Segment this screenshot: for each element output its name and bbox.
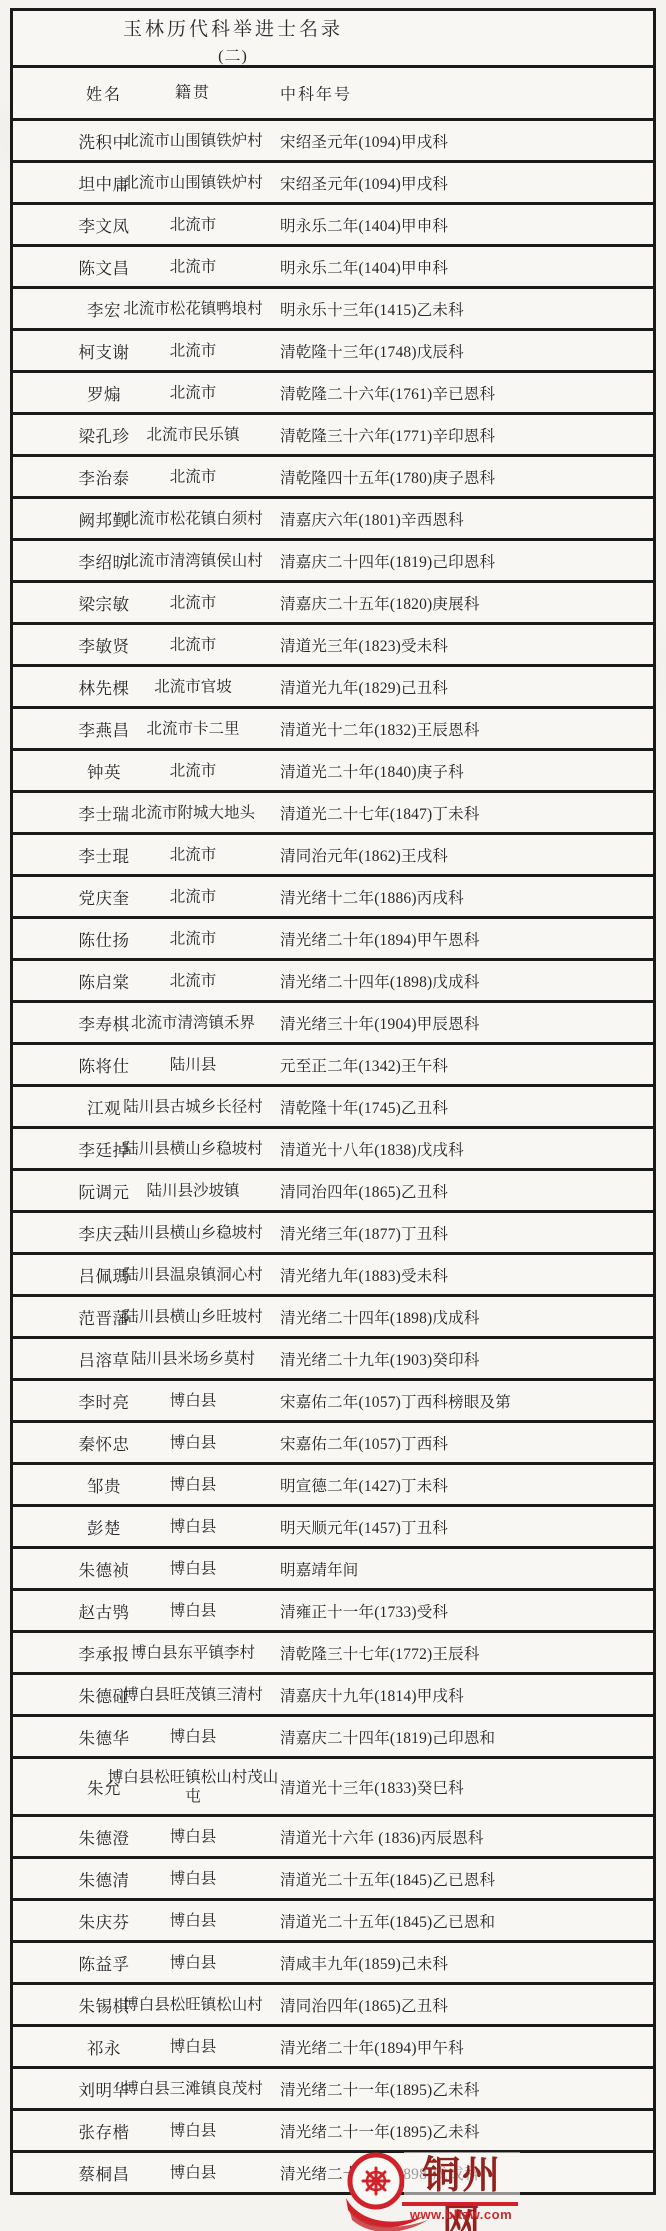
origin-cell: 北流市 — [107, 635, 279, 654]
origin-cell: 北流市松花镇鸭埌村 — [107, 299, 279, 318]
year-cell: 宋绍圣元年(1094)甲戌科 — [271, 130, 649, 152]
origin-cell: 陆川县温泉镇洞心村 — [107, 1265, 279, 1284]
year-cell: 清光绪二十四年(1898)戊成科 — [271, 1306, 649, 1328]
table-row: 朱锡棋博白县松旺镇松山村清同治四年(1865)乙丑科 — [13, 1985, 653, 2027]
table-row: 朱德澄博白县清道光十六年 (1836)丙辰恩科 — [13, 1817, 653, 1859]
origin-cell: 北流市 — [107, 341, 279, 360]
year-cell: 明天顺元年(1457)丁丑科 — [271, 1516, 649, 1538]
origin-cell: 北流市附城大地头 — [107, 803, 279, 822]
year-cell: 清乾隆三十六年(1771)辛印恩科 — [271, 424, 649, 446]
table-row: 吕佩瑪陆川县温泉镇洞心村清光绪九年(1883)受未科 — [13, 1255, 653, 1297]
year-cell: 元至正二年(1342)王午科 — [271, 1054, 649, 1076]
year-cell: 清道光二十五年(1845)乙已恩科 — [271, 1868, 649, 1890]
table-row: 祁永博白县清光绪二十年(1894)甲午科 — [13, 2027, 653, 2069]
table-row: 李士琨北流市清同治元年(1862)王戌科 — [13, 835, 653, 877]
origin-cell: 陆川县古城乡长径村 — [107, 1097, 279, 1116]
table-row: 李廷掉陆川县横山乡稳坡村清道光十八年(1838)戊戌科 — [13, 1129, 653, 1171]
watermark-underline — [402, 2202, 518, 2206]
year-cell: 宋嘉佑二年(1057)丁西科榜眼及第 — [271, 1390, 649, 1412]
origin-cell: 博白县旺茂镇三清村 — [107, 1685, 279, 1704]
origin-cell: 北流市 — [107, 887, 279, 906]
year-cell: 清嘉庆六年(1801)辛西恩科 — [271, 508, 649, 530]
origin-cell: 北流市民乐镇 — [107, 425, 279, 444]
year-cell: 清光绪二十四年(1898)戊成科 — [271, 2162, 649, 2184]
year-cell: 清道光十六年 (1836)丙辰恩科 — [271, 1826, 649, 1848]
year-cell: 宋绍圣元年(1094)甲戌科 — [271, 172, 649, 194]
origin-cell: 北流市 — [107, 929, 279, 948]
table-row: 江观陆川县古城乡长径村清乾隆十年(1745)乙丑科 — [13, 1087, 653, 1129]
watermark-site-url: www.bltzw.com — [396, 2207, 526, 2222]
origin-cell: 北流市 — [107, 971, 279, 990]
origin-cell: 博白县 — [107, 1475, 279, 1494]
origin-cell: 北流市 — [107, 593, 279, 612]
table-row: 林先棵北流市官坡清道光九年(1829)己丑科 — [13, 667, 653, 709]
table-row: 李庆云陆川县横山乡稳坡村清光绪三年(1877)丁丑科 — [13, 1213, 653, 1255]
origin-cell: 北流市清湾镇禾界 — [107, 1013, 279, 1032]
year-cell: 清光绪二十年(1894)甲午科 — [271, 2036, 649, 2058]
table-row: 彭楚博白县明天顺元年(1457)丁丑科 — [13, 1507, 653, 1549]
origin-cell: 陆川县横山乡稳坡村 — [107, 1139, 279, 1158]
origin-cell: 博白县 — [107, 1911, 279, 1930]
table-row: 朱允博白县松旺镇松山村茂山屯清道光十三年(1833)癸巳科 — [13, 1759, 653, 1817]
origin-cell: 北流市 — [107, 383, 279, 402]
records: 洗积中北流市山围镇铁炉村宋绍圣元年(1094)甲戌科坦中庸北流市山围镇铁炉村宋绍… — [13, 121, 653, 2192]
table-row: 朱德祯博白县明嘉靖年间 — [13, 1549, 653, 1591]
jinshi-roster-table: 玉林历代科举进士名录 (二) 姓名 籍贯 中科年号 洗积中北流市山围镇铁炉村宋绍… — [10, 8, 656, 2195]
table-row: 赵古鸮博白县清雍正十一年(1733)受科 — [13, 1591, 653, 1633]
table-title: 玉林历代科举进士名录 (二) — [13, 14, 453, 66]
origin-cell: 陆川县 — [107, 1055, 279, 1074]
table-row: 朱庆芬博白县清道光二十五年(1845)乙已恩和 — [13, 1901, 653, 1943]
origin-cell: 陆川县横山乡稳坡村 — [107, 1223, 279, 1242]
table-row: 李治泰北流市清乾隆四十五年(1780)庚子恩科 — [13, 457, 653, 499]
origin-cell: 北流市 — [107, 845, 279, 864]
year-cell: 清雍正十一年(1733)受科 — [271, 1600, 649, 1622]
year-cell: 清光绪九年(1883)受未科 — [271, 1264, 649, 1286]
year-cell: 明永乐二年(1404)甲申科 — [271, 256, 649, 278]
table-row: 张存楷博白县清光绪二十一年(1895)乙未科 — [13, 2111, 653, 2153]
year-cell: 清光绪三十年(1904)甲辰恩科 — [271, 1012, 649, 1034]
year-cell: 清光绪二十九年(1903)癸印科 — [271, 1348, 649, 1370]
year-cell: 明永乐二年(1404)甲申科 — [271, 214, 649, 236]
origin-cell: 博白县 — [107, 1727, 279, 1746]
year-cell: 明嘉靖年间 — [271, 1558, 649, 1580]
table-row: 秦怀忠博白县宋嘉佑二年(1057)丁西科 — [13, 1423, 653, 1465]
origin-cell: 博白县 — [107, 1559, 279, 1578]
origin-cell: 博白县三滩镇良茂村 — [107, 2079, 279, 2098]
origin-cell: 北流市松花镇白须村 — [107, 509, 279, 528]
table-row: 陈仕扬北流市清光绪二十年(1894)甲午恩科 — [13, 919, 653, 961]
year-cell: 清道光二十年(1840)庚子科 — [271, 760, 649, 782]
origin-cell: 博白县 — [107, 1601, 279, 1620]
table-row: 李时亮博白县宋嘉佑二年(1057)丁西科榜眼及第 — [13, 1381, 653, 1423]
table-row: 陈益孚博白县清咸丰九年(1859)己未科 — [13, 1943, 653, 1985]
title-line1: 玉林历代科举进士名录 — [13, 14, 453, 41]
table-row: 陈将仕陆川县元至正二年(1342)王午科 — [13, 1045, 653, 1087]
year-cell: 清乾隆三十七年(1772)王辰科 — [271, 1642, 649, 1664]
year-cell: 清光绪二十一年(1895)乙未科 — [271, 2120, 649, 2142]
year-cell: 清道光二十五年(1845)乙已恩和 — [271, 1910, 649, 1932]
table-row: 邹贵博白县明宣德二年(1427)丁未科 — [13, 1465, 653, 1507]
table-row: 洗积中北流市山围镇铁炉村宋绍圣元年(1094)甲戌科 — [13, 121, 653, 163]
year-cell: 清乾隆十三年(1748)戊辰科 — [271, 340, 649, 362]
table-row: 陈文昌北流市明永乐二年(1404)甲申科 — [13, 247, 653, 289]
origin-cell: 北流市山围镇铁炉村 — [107, 131, 279, 150]
table-row: 朱德碰博白县旺茂镇三清村清嘉庆十九年(1814)甲戌科 — [13, 1675, 653, 1717]
origin-cell: 北流市 — [107, 467, 279, 486]
origin-cell: 博白县 — [107, 2121, 279, 2140]
origin-cell: 博白县 — [107, 2037, 279, 2056]
origin-cell: 博白县 — [107, 1391, 279, 1410]
year-cell: 清乾隆四十五年(1780)庚子恩科 — [271, 466, 649, 488]
origin-cell: 北流市官坡 — [107, 677, 279, 696]
year-cell: 清道光十八年(1838)戊戌科 — [271, 1138, 649, 1160]
year-cell: 宋嘉佑二年(1057)丁西科 — [271, 1432, 649, 1454]
table-row: 朱德华博白县清嘉庆二十四年(1819)己印恩和 — [13, 1717, 653, 1759]
year-cell: 清道光十三年(1833)癸巳科 — [271, 1776, 649, 1798]
table-title-cell: 玉林历代科举进士名录 (二) — [13, 11, 653, 68]
table-row: 李寿棋北流市清湾镇禾界清光绪三十年(1904)甲辰恩科 — [13, 1003, 653, 1045]
origin-cell: 博白县 — [107, 1827, 279, 1846]
table-row: 陈启棠北流市清光绪二十四年(1898)戊成科 — [13, 961, 653, 1003]
table-row: 李宏北流市松花镇鸭埌村明永乐十三年(1415)乙未科 — [13, 289, 653, 331]
year-cell: 清同治元年(1862)王戌科 — [271, 844, 649, 866]
origin-cell: 北流市卡二里 — [107, 719, 279, 738]
origin-cell: 北流市山围镇铁炉村 — [107, 173, 279, 192]
column-header-origin: 籍贯 — [107, 84, 279, 103]
table-row: 阮调元陆川县沙坡镇清同治四年(1865)乙丑科 — [13, 1171, 653, 1213]
year-cell: 清咸丰九年(1859)己未科 — [271, 1952, 649, 1974]
year-cell: 清光绪二十四年(1898)戊成科 — [271, 970, 649, 992]
table-row: 阙邦觐北流市松花镇白须村清嘉庆六年(1801)辛西恩科 — [13, 499, 653, 541]
origin-cell: 博白县松旺镇松山村茂山屯 — [107, 1768, 279, 1806]
table-row: 梁宗敏北流市清嘉庆二十五年(1820)庚展科 — [13, 583, 653, 625]
origin-cell: 博白县 — [107, 1517, 279, 1536]
table-row: 钟英北流市清道光二十年(1840)庚子科 — [13, 751, 653, 793]
origin-cell: 陆川县沙坡镇 — [107, 1181, 279, 1200]
year-cell: 清同治四年(1865)乙丑科 — [271, 1180, 649, 1202]
table-row: 范晋藩陆川县横山乡旺坡村清光绪二十四年(1898)戊成科 — [13, 1297, 653, 1339]
year-cell: 明宣德二年(1427)丁未科 — [271, 1474, 649, 1496]
table-row: 李敏贤北流市清道光三年(1823)受未科 — [13, 625, 653, 667]
year-cell: 清光绪十二年(1886)丙戌科 — [271, 886, 649, 908]
table-row: 蔡桐昌博白县清光绪二十四年(1898)戊成科 — [13, 2153, 653, 2192]
table-row: 李士瑞北流市附城大地头清道光二十七年(1847)丁未科 — [13, 793, 653, 835]
table-row: 党庆奎北流市清光绪十二年(1886)丙戌科 — [13, 877, 653, 919]
table-row: 吕溶草陆川县米场乡莫村清光绪二十九年(1903)癸印科 — [13, 1339, 653, 1381]
year-cell: 清光绪二十一年(1895)乙未科 — [271, 2078, 649, 2100]
table-header-row: 姓名 籍贯 中科年号 — [13, 68, 653, 121]
year-cell: 清嘉庆二十四年(1819)己印恩和 — [271, 1726, 649, 1748]
table-row: 李承报博白县东平镇李村清乾隆三十七年(1772)王辰科 — [13, 1633, 653, 1675]
origin-cell: 博白县 — [107, 1869, 279, 1888]
year-cell: 清道光二十七年(1847)丁未科 — [271, 802, 649, 824]
origin-cell: 博白县 — [107, 1433, 279, 1452]
year-cell: 明永乐十三年(1415)乙未科 — [271, 298, 649, 320]
table-row: 李绍昉北流市清湾镇侯山村清嘉庆二十四年(1819)己印恩科 — [13, 541, 653, 583]
year-cell: 清光绪三年(1877)丁丑科 — [271, 1222, 649, 1244]
table-row: 梁孔珍北流市民乐镇清乾隆三十六年(1771)辛印恩科 — [13, 415, 653, 457]
year-cell: 清道光九年(1829)己丑科 — [271, 676, 649, 698]
table-row: 朱德清博白县清道光二十五年(1845)乙已恩科 — [13, 1859, 653, 1901]
title-line2: (二) — [13, 43, 453, 66]
origin-cell: 陆川县横山乡旺坡村 — [107, 1307, 279, 1326]
year-cell: 清道光十二年(1832)王辰恩科 — [271, 718, 649, 740]
table-row: 罗煽北流市清乾隆二十六年(1761)辛已恩科 — [13, 373, 653, 415]
year-cell: 清乾隆十年(1745)乙丑科 — [271, 1096, 649, 1118]
origin-cell: 博白县松旺镇松山村 — [107, 1995, 279, 2014]
year-cell: 清嘉庆二十五年(1820)庚展科 — [271, 592, 649, 614]
origin-cell: 北流市 — [107, 761, 279, 780]
origin-cell: 北流市清湾镇侯山村 — [107, 551, 279, 570]
origin-cell: 博白县东平镇李村 — [107, 1643, 279, 1662]
column-header-year: 中科年号 — [271, 82, 649, 105]
table-row: 坦中庸北流市山围镇铁炉村宋绍圣元年(1094)甲戌科 — [13, 163, 653, 205]
origin-cell: 陆川县米场乡莫村 — [107, 1349, 279, 1368]
origin-cell: 博白县 — [107, 2163, 279, 2182]
origin-cell: 北流市 — [107, 257, 279, 276]
table-row: 李燕昌北流市卡二里清道光十二年(1832)王辰恩科 — [13, 709, 653, 751]
year-cell: 清嘉庆十九年(1814)甲戌科 — [271, 1684, 649, 1706]
year-cell: 清光绪二十年(1894)甲午恩科 — [271, 928, 649, 950]
origin-cell: 博白县 — [107, 1953, 279, 1972]
table-row: 柯支谢北流市清乾隆十三年(1748)戊辰科 — [13, 331, 653, 373]
origin-cell: 北流市 — [107, 215, 279, 234]
year-cell: 清同治四年(1865)乙丑科 — [271, 1994, 649, 2016]
year-cell: 清嘉庆二十四年(1819)己印恩科 — [271, 550, 649, 572]
table-row: 刘明华博白县三滩镇良茂村清光绪二十一年(1895)乙未科 — [13, 2069, 653, 2111]
year-cell: 清乾隆二十六年(1761)辛已恩科 — [271, 382, 649, 404]
year-cell: 清道光三年(1823)受未科 — [271, 634, 649, 656]
table-row: 李文凤北流市明永乐二年(1404)甲申科 — [13, 205, 653, 247]
